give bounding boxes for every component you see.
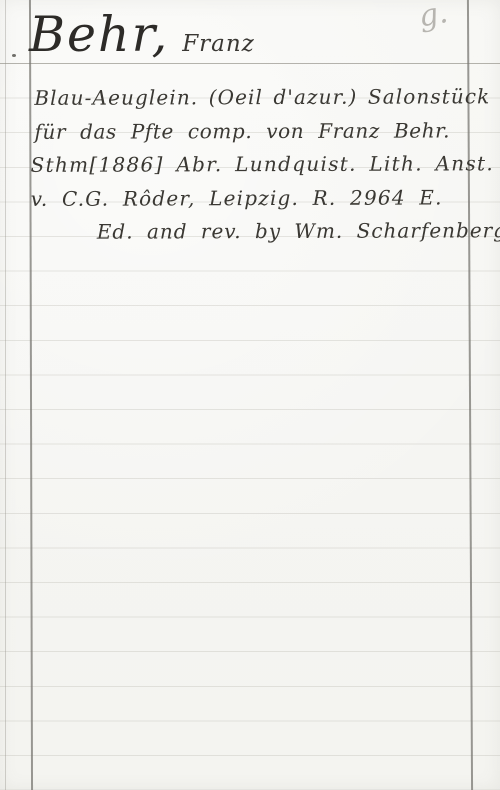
left-margin-rule — [29, 0, 33, 790]
pencil-annotation: g. — [416, 0, 450, 34]
catalog-line-composer: für das Pfte comp. von Franz Behr. — [34, 118, 450, 143]
heading-surname: Behr, — [29, 10, 169, 59]
margin-dot — [12, 54, 16, 57]
catalog-line-printer-plate: v. C.G. Rôder, Leipzig. R. 2964 E. — [31, 185, 443, 210]
catalog-line-title: Blau-Aeuglein. (Oeil d'azur.) Salonstück — [34, 84, 490, 110]
catalog-line-publisher: Sthm[1886] Abr. Lundquist. Lith. Anst. — [31, 151, 494, 177]
right-margin-rule — [467, 0, 473, 790]
left-edge-rule — [5, 0, 6, 790]
catalog-line-editor: Ed. and rev. by Wm. Scharfenberg. — [97, 218, 500, 243]
heading-forename: Franz — [182, 31, 255, 57]
heading: Behr, Franz — [29, 10, 255, 59]
catalog-card: g. Behr, Franz Blau-Aeuglein. (Oeil d'az… — [0, 0, 500, 790]
heading-underline — [0, 63, 500, 64]
